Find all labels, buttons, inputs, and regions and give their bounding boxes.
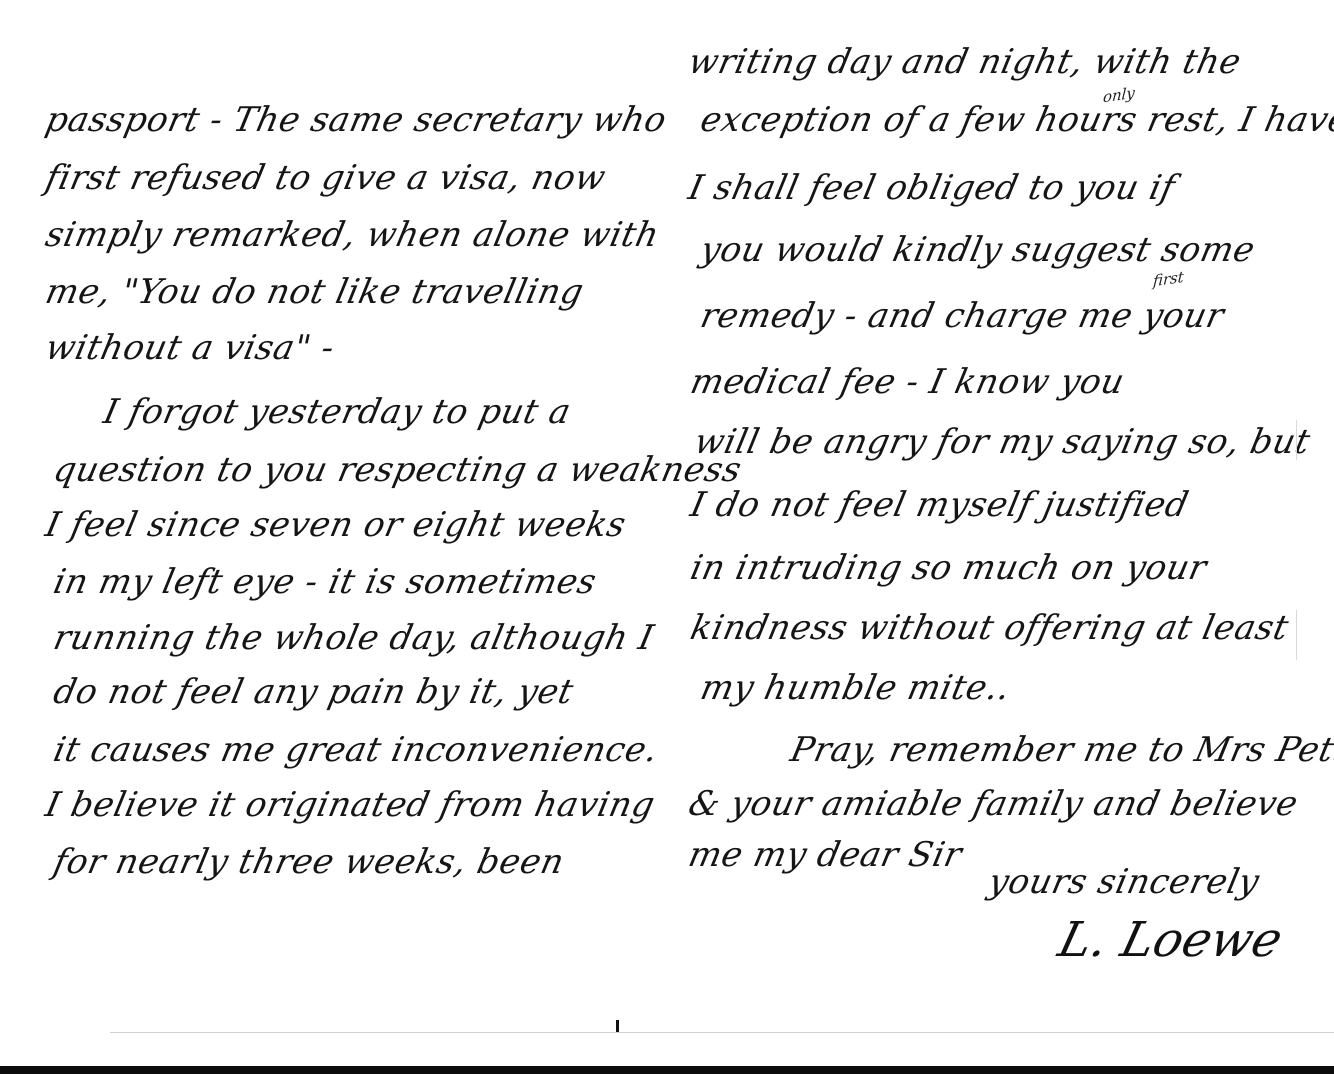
letter-line: running the whole day, although I xyxy=(50,618,657,658)
letter-page-right: writing day and night, with the only exc… xyxy=(675,0,1315,1020)
letter-line: simply remarked, when alone with xyxy=(42,215,663,255)
letter-line: & your amiable family and believe xyxy=(685,784,1302,824)
letter-line: passport - The same secretary who xyxy=(42,100,670,140)
scan-bottom-edge xyxy=(0,1066,1334,1074)
letter-line: writing day and night, with the xyxy=(685,42,1245,82)
letter-line: me, "You do not like travelling xyxy=(42,272,587,312)
scan-artifact xyxy=(1296,610,1297,660)
letter-line: you would kindly suggest some xyxy=(697,230,1259,270)
scan-artifact xyxy=(1296,420,1297,460)
letter-line: I believe it originated from having xyxy=(42,785,659,825)
letter-line: question to you respecting a weakness xyxy=(50,450,745,490)
fold-center-mark xyxy=(616,1020,619,1032)
letter-line: in intruding so much on your xyxy=(687,548,1210,588)
page-fold-line xyxy=(110,1032,1334,1033)
letter-line: in my left eye - it is sometimes xyxy=(50,562,600,602)
letter-line: kindness without offering at least xyxy=(687,608,1292,648)
closing-line: yours sincerely xyxy=(985,862,1263,902)
letter-line: Pray, remember me to Mrs Pettigrew xyxy=(787,730,1334,770)
interlinear-insertion: first xyxy=(1153,268,1185,291)
letter-line: first refused to give a visa, now xyxy=(42,158,609,198)
letter-line: I feel since seven or eight weeks xyxy=(42,505,630,545)
letter-scan: passport - The same secretary who first … xyxy=(0,0,1334,1066)
letter-line: exception of a few hours rest, I have. xyxy=(697,100,1334,140)
letter-line: I shall feel obliged to you if xyxy=(685,168,1179,208)
letter-page-left: passport - The same secretary who first … xyxy=(40,0,640,1020)
letter-line: it causes me great inconvenience. xyxy=(50,730,662,770)
letter-line: without a visa" - xyxy=(42,328,338,368)
letter-line: I forgot yesterday to put a xyxy=(100,392,574,432)
letter-line: I do not feel myself justified xyxy=(687,485,1192,525)
letter-line: medical fee - I know you xyxy=(687,362,1128,402)
letter-line: me my dear Sir xyxy=(685,835,966,875)
letter-line: remedy - and charge me your xyxy=(697,296,1228,336)
letter-line: will be angry for my saying so, but xyxy=(691,422,1314,462)
letter-line: my humble mite.. xyxy=(697,668,1014,708)
signature: L. Loewe xyxy=(1053,912,1288,968)
letter-line: do not feel any pain by it, yet xyxy=(50,672,577,712)
letter-line: for nearly three weeks, been xyxy=(50,842,568,882)
